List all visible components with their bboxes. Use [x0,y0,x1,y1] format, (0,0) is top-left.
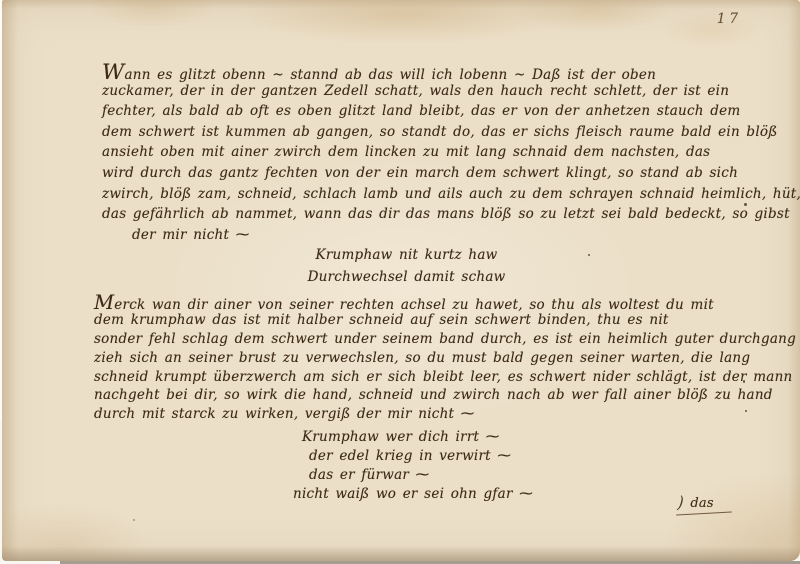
gloss-paragraph-2: Merck wan dir ainer von seiner rechten a… [94,293,718,425]
text-line: ansieht oben mit ainer zwirch dem lincke… [102,144,718,165]
manuscript-page: 17 Wann es glitzt obenn ~ stannd ab das … [2,0,800,561]
ink-speck [588,254,590,256]
ink-speck [745,410,747,412]
text-line: nachgeht bei dir, so wirk die hand, schn… [94,387,718,406]
catchword: )das [678,496,714,511]
text-line: Merck wan dir ainer von seiner rechten a… [94,293,718,312]
folio-number: 17 [717,11,742,27]
verse-couplet: Krumphaw nit kurtz haw Durchwechsel dami… [264,247,549,290]
text-line: zwirch, blöß zam, schneid, schlach lamb … [102,186,718,207]
text-line: zuckamer, der in der gantzen Zedell scha… [102,83,718,104]
text-line: der mir nicht ⁓ [132,227,718,248]
text-line: sonder fehl schlag dem schwert under sei… [94,331,718,350]
catchword-word: das [690,496,714,511]
text-line: das gefährlich ab nammet, wann das dir d… [102,206,718,227]
text-line: wird durch das gantz fechten von der ein… [102,165,718,186]
catchword-paraph-mark: ) [677,493,685,513]
text-line: schneid krumpt überzwerch am sich er sic… [94,369,718,388]
ink-speck [743,380,745,383]
verse-line: das er fürwar ⁓ [309,467,533,486]
verse-line: Durchwechsel damit schaw [264,269,549,291]
verse-quatrain: Krumphaw wer dich irrt ⁓ der edel krieg … [302,429,533,505]
text-line: fechter, als bald ab oft es oben glitzt … [102,103,718,124]
text-line: dem krumphaw das ist mit halber schneid … [94,312,718,331]
manuscript-photo: 17 Wann es glitzt obenn ~ stannd ab das … [0,0,800,564]
verse-line: nicht waiß wo er sei ohn gfar ⁓ [293,486,533,505]
text-line: zieh sich an seiner brust zu verwechslen… [94,350,718,369]
verse-line: Krumphaw nit kurtz haw [264,247,549,269]
ink-speck [133,519,135,521]
catchword-underline-flourish [676,512,732,516]
text-line: dem schwert ist kummen ab gangen, so sta… [102,124,718,145]
gloss-paragraph-1: Wann es glitzt obenn ~ stannd ab das wil… [102,62,718,247]
text-line: durch mit starck zu wirken, vergiß der m… [94,406,718,425]
verse-line: Krumphaw wer dich irrt ⁓ [302,429,533,448]
text-line: Wann es glitzt obenn ~ stannd ab das wil… [102,62,718,83]
verse-line: der edel krieg in verwirt ⁓ [309,448,533,467]
ink-speck [744,203,747,206]
